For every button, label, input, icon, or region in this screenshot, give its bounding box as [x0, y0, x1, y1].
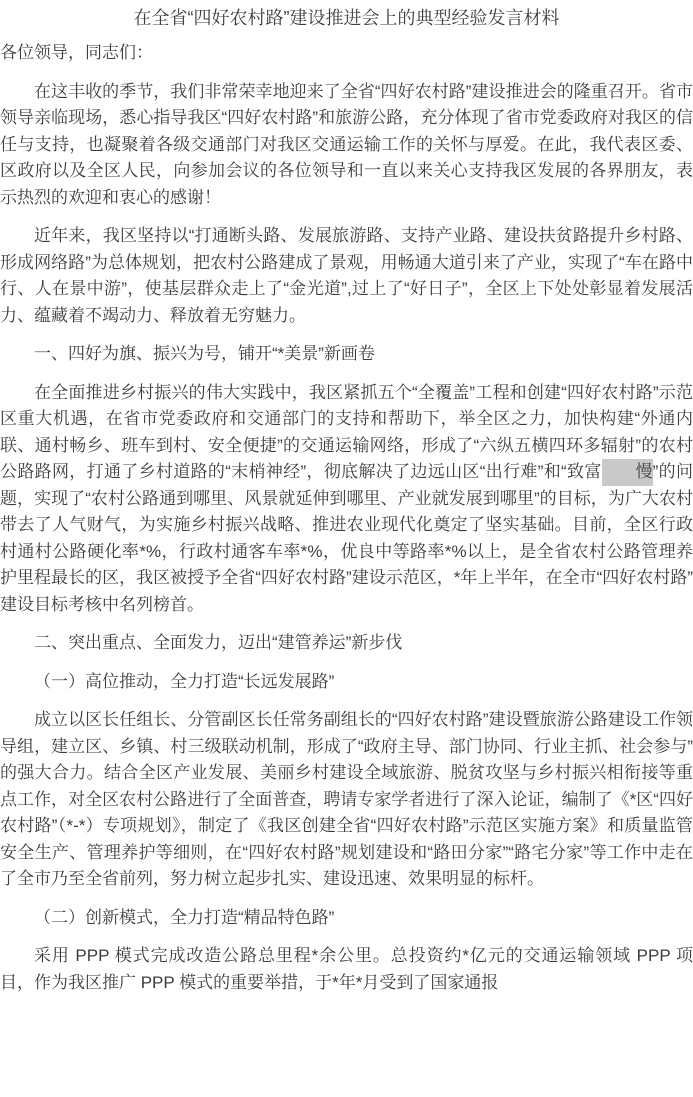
document-page: 在全省“四好农村路”建设推进会上的典型经验发言材料 各位领导，同志们： 在这丰收… — [0, 0, 693, 1097]
paragraph: 在这丰收的季节，我们非常荣幸地迎来了全省“四好农村路”建设推进会的隆重召开。省市… — [0, 79, 693, 212]
document-blocks: 在这丰收的季节，我们非常荣幸地迎来了全省“四好农村路”建设推进会的隆重召开。省市… — [0, 79, 693, 997]
paragraph: 成立以区长任组长、分管副区长任常务副组长的“四好农村路”建设暨旅游公路建设工作领… — [0, 707, 693, 893]
section-heading: （二）创新模式，全力打造“精品特色路” — [0, 905, 693, 932]
paragraph: 采用 PPP 模式完成改造公路总里程*余公里。总投资约*亿元的交通运输领域 PP… — [0, 943, 693, 996]
paragraph: 在全面推进乡村振兴的伟大实践中，我区紧抓五个“全覆盖”工程和创建“四好农村路”示… — [0, 380, 693, 619]
salutation: 各位领导，同志们： — [0, 40, 693, 67]
section-heading: （一）高位推动，全力打造“长远发展路” — [0, 669, 693, 696]
section-heading: 二、突出重点、全面发力，迈出“建管养运”新步伐 — [0, 630, 693, 657]
document-title: 在全省“四好农村路”建设推进会上的典型经验发言材料 — [0, 4, 693, 32]
paragraph: 近年来，我区坚持以“打通断头路、发展旅游路、支持产业路、建设扶贫路提升乡村路、形… — [0, 223, 693, 329]
section-heading: 一、四好为旗、振兴为号，铺开“*美景”新画卷 — [0, 341, 693, 368]
highlighted-char: 慢 — [602, 459, 653, 486]
